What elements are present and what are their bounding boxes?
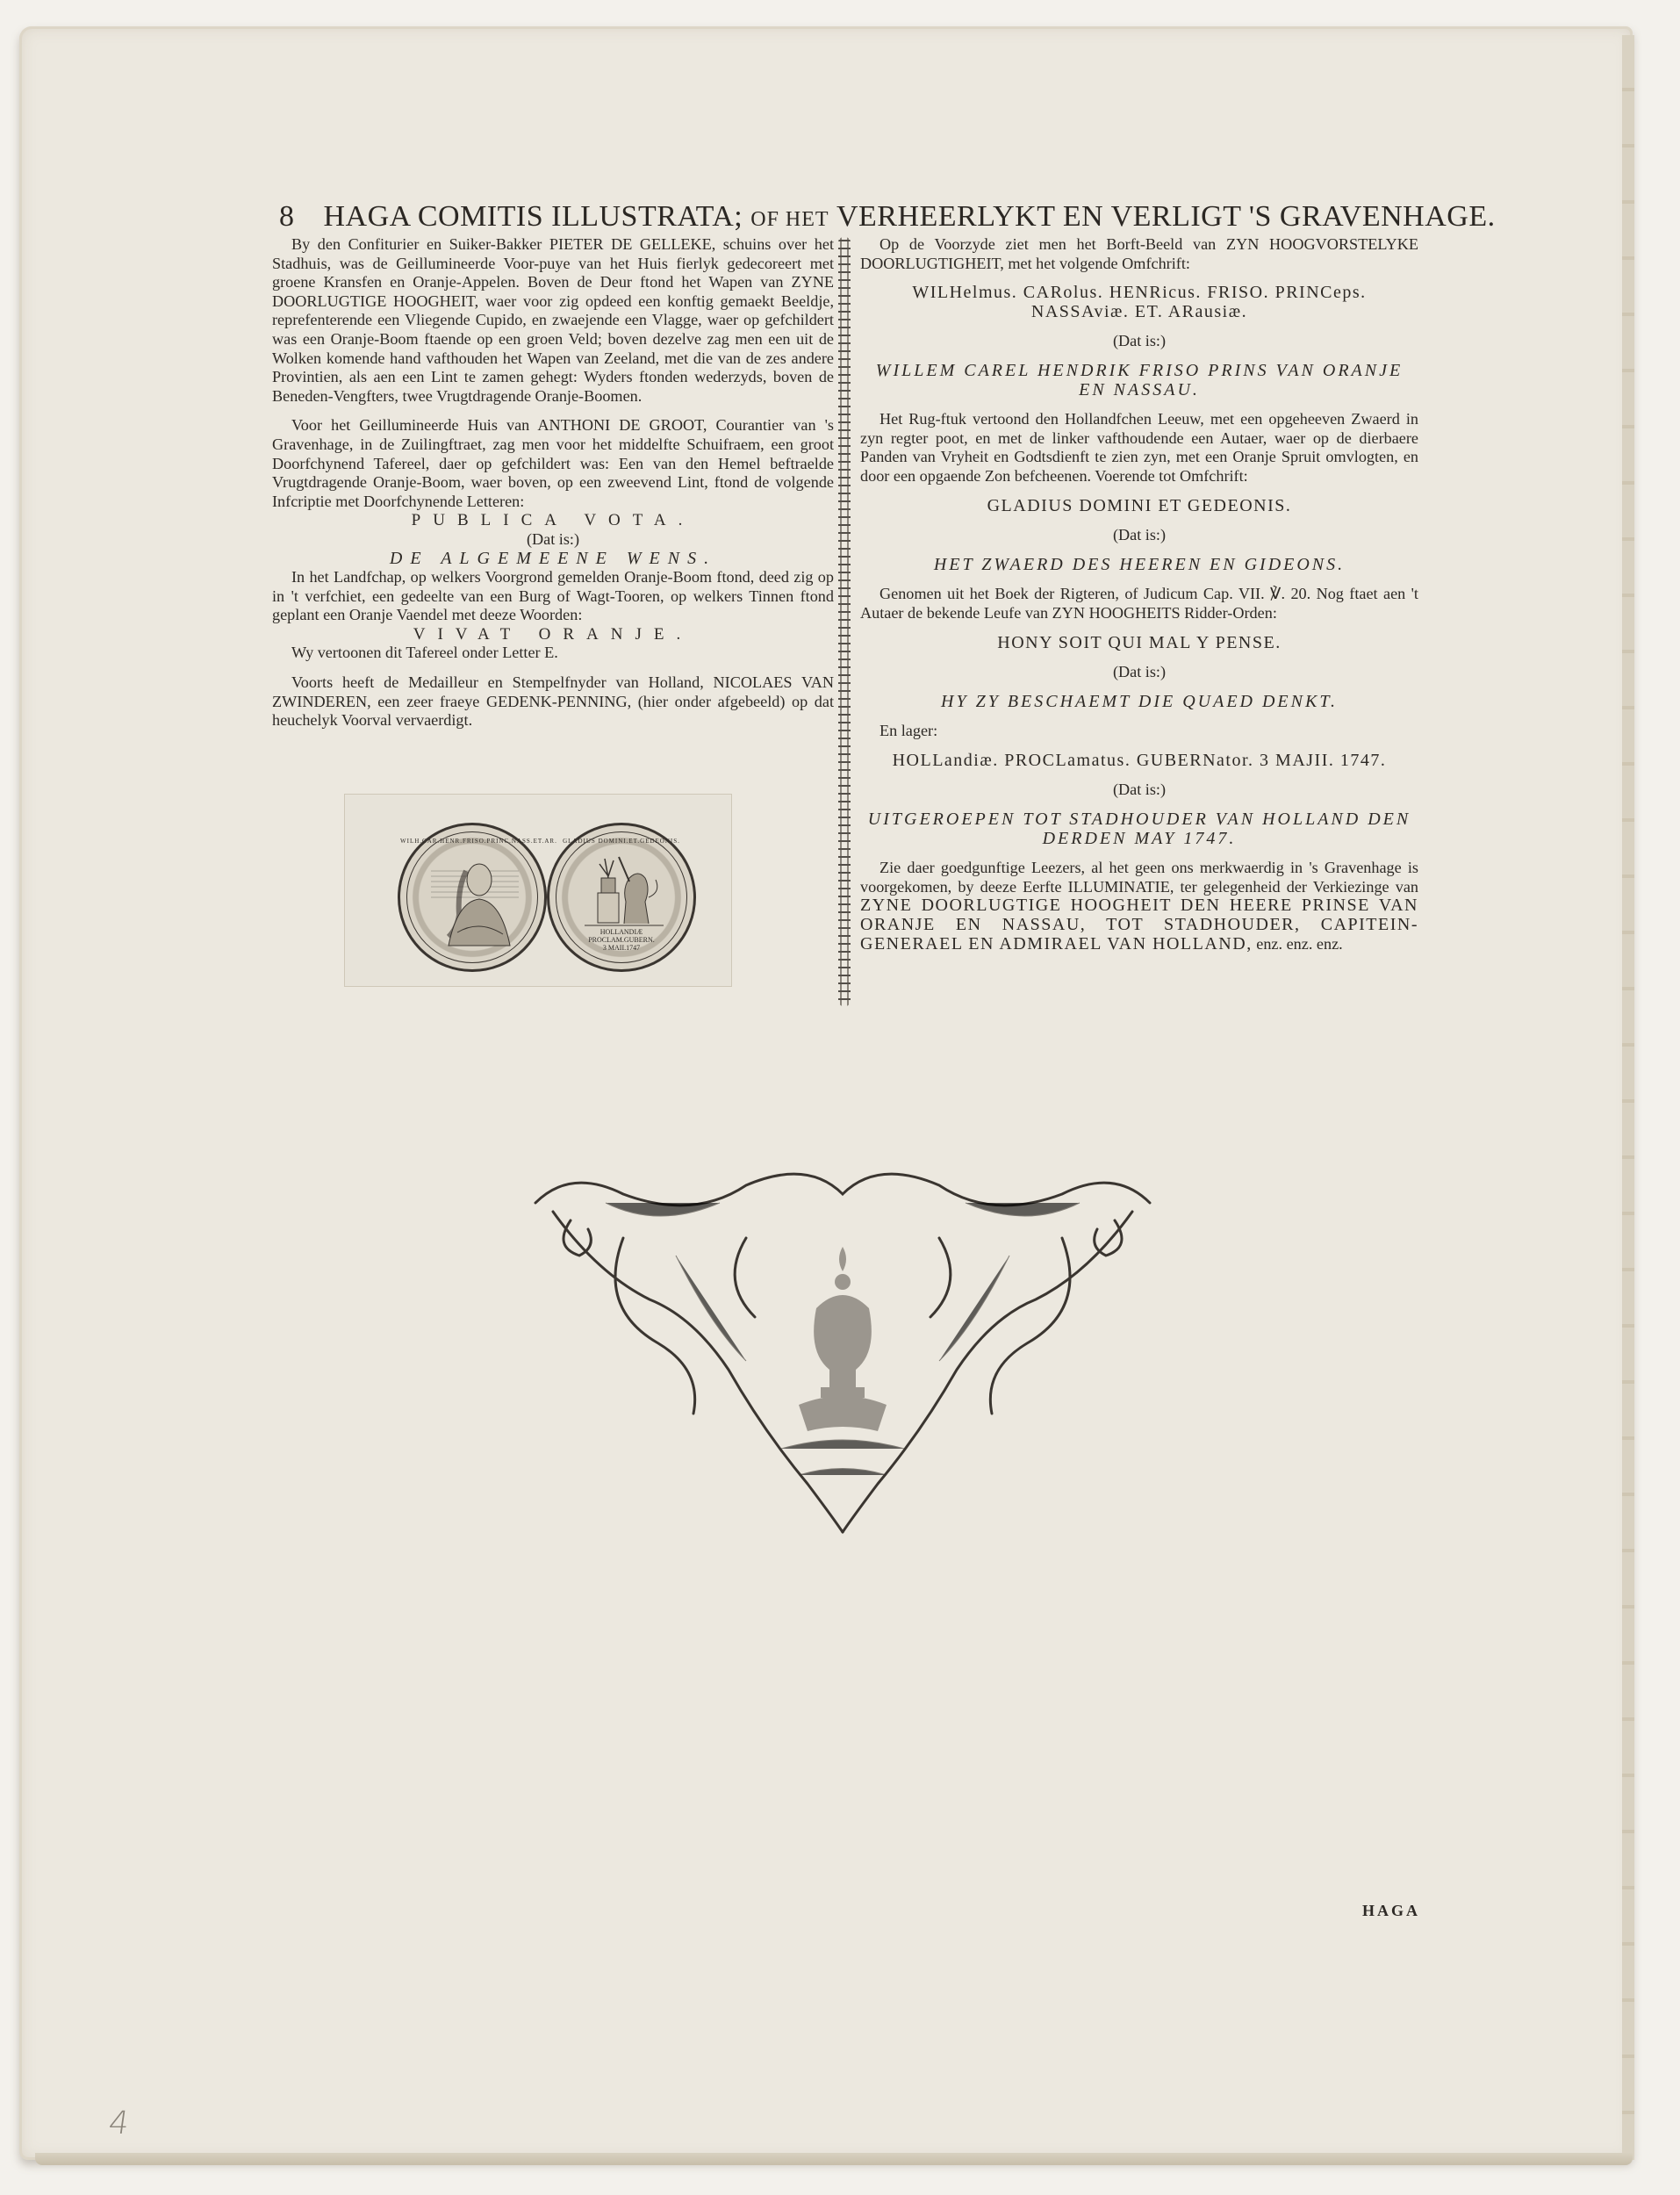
translation-uitgeroepen: UITGEROEPEN TOT STADHOUDER VAN HOLLAND D… [860,810,1418,848]
inscription-hollandiae: HOLLandiæ. PROCLamatus. GUBERNator. 3 MA… [860,752,1418,771]
running-title-of: OF HET [750,208,829,231]
paragraph-judicum: Genomen uit het Boek der Rigteren, of Ju… [860,585,1418,623]
medal-obverse: WILH.CAR.HENR.FRISO.PRINC.NASS.ET.AR. [398,823,547,972]
medal-reverse-exergue: HOLLANDIÆ PROCLAM.GUBERN. 3 MAII.1747 [549,928,693,952]
medal-engraving-plate: WILH.CAR.HENR.FRISO.PRINC.NASS.ET.AR. GL… [344,794,732,987]
translation-willem-carel: WILLEM CAREL HENDRIK FRISO PRINS VAN ORA… [860,362,1418,399]
inscription-hony-soit: HONY SOIT QUI MAL Y PENSE. [860,634,1418,653]
deckle-edge-bottom [35,2153,1633,2165]
sewn-binding-edge [1622,35,1634,2160]
paragraph-gelleke: By den Confiturier en Suiker-Bakker PIET… [272,235,834,406]
inscription-obverse-line2: NASSAviæ. ET. ARausiæ. [860,303,1418,322]
translation-algemeene-wens: DE ALGEMEENE WENS. [272,550,834,569]
paragraph-closing: Zie daer goedgunftige Leezers, al het ge… [860,859,1418,954]
paragraph-voorzyde: Op de Voorzyde ziet men het Borft-Beeld … [860,235,1418,273]
medal-reverse: GLADIUS DOMINI.ET.GEDEONIS. HOLLANDIÆ PR… [547,823,696,972]
paragraph-zwinderen: Voorts heeft de Medailleur en Stempelfny… [272,673,834,730]
lion-and-altar-icon [580,853,668,932]
dat-is-label: (Dat is:) [860,526,1418,545]
catchword: HAGA [1362,1902,1420,1920]
paragraph-letter-e: Wy vertoonen dit Tafereel onder Letter E… [272,644,834,663]
inscription-obverse-line1: WILHelmus. CARolus. HENRicus. FRISO. PRI… [860,284,1418,303]
dat-is-label: (Dat is:) [272,530,834,550]
page-number: 8 [279,200,295,233]
portrait-bust-icon [431,853,519,950]
paragraph-landschap: In het Landfchap, op welkers Voorgrond g… [272,568,834,625]
en-lager-label: En lager: [860,722,1418,741]
left-column: By den Confiturier en Suiker-Bakker PIET… [272,235,834,730]
translation-beschaemt: HY ZY BESCHAEMT DIE QUAED DENKT. [860,693,1418,712]
medal-reverse-legend: GLADIUS DOMINI.ET.GEDEONIS. [549,838,693,845]
paragraph-de-groot: Voor het Geillumineerde Huis van ANTHONI… [272,416,834,511]
running-title-main: HAGA COMITIS ILLUSTRATA; [324,200,743,233]
inscription-gladius: GLADIUS DOMINI ET GEDEONIS. [860,497,1418,516]
running-title-end: VERHEERLYKT EN VERLIGT 'S GRAVENHAGE. [836,200,1496,233]
rococo-cul-de-lampe-ornament-icon [518,1168,1167,1536]
inscription-publica-vota: PUBLICA VOTA. [272,511,834,530]
running-header: 8 HAGA COMITIS ILLUSTRATA; OF HET VERHEE… [279,200,1420,234]
dat-is-label: (Dat is:) [860,781,1418,800]
inscription-vivat-oranje: VIVAT ORANJE. [272,625,834,644]
dat-is-label: (Dat is:) [860,663,1418,682]
dat-is-label: (Dat is:) [860,332,1418,351]
medal-obverse-legend: WILH.CAR.HENR.FRISO.PRINC.NASS.ET.AR. [400,838,544,845]
braided-column-divider [838,237,851,1006]
translation-zwaerd: HET ZWAERD DES HEEREN EN GIDEONS. [860,556,1418,575]
paragraph-rug-stuk: Het Rug-ftuk vertoond den Hollandfchen L… [860,410,1418,486]
right-column: Op de Voorzyde ziet men het Borft-Beeld … [860,235,1418,954]
